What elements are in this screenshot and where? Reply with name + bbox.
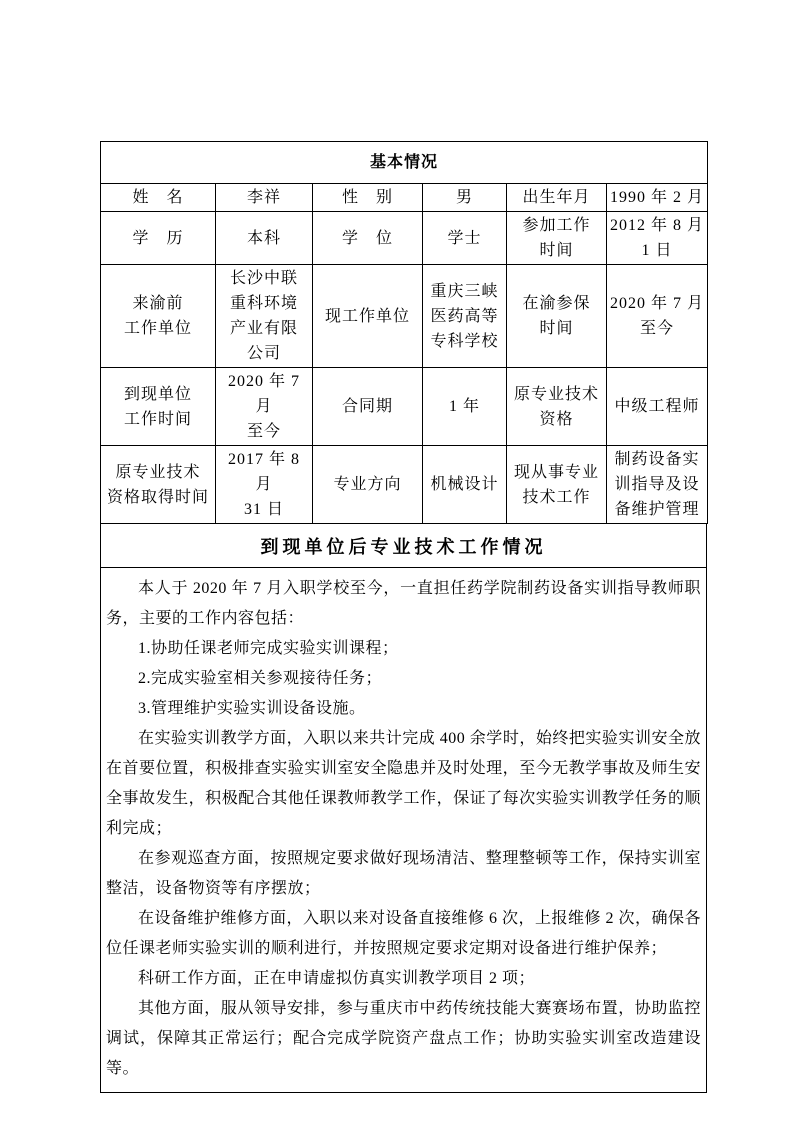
name-label: 姓 名	[101, 184, 216, 212]
table-row: 来渝前 工作单位 长沙中联 重科环境 产业有限 公司 现工作单位 重庆三峡 医药…	[101, 265, 708, 368]
current-technical-work-label: 现从事专业 技术工作	[507, 446, 607, 524]
previous-employer-value: 长沙中联 重科环境 产业有限 公司	[216, 265, 313, 368]
work-start-time-label: 参加工作 时间	[507, 212, 607, 265]
degree-value: 学士	[423, 212, 507, 265]
title-obtain-time-label: 原专业技术 资格取得时间	[101, 446, 216, 524]
table-row: 姓 名 李祥 性 别 男 出生年月 1990 年 2 月	[101, 184, 708, 212]
contract-period-label: 合同期	[313, 368, 423, 446]
insurance-time-value: 2020 年 7 月 至今	[607, 265, 708, 368]
specialty-value: 机械设计	[423, 446, 507, 524]
table-row: 原专业技术 资格取得时间 2017 年 8 月 31 日 专业方向 机械设计 现…	[101, 446, 708, 524]
birthdate-label: 出生年月	[507, 184, 607, 212]
current-employer-value: 重庆三峡 医药高等 专科学校	[423, 265, 507, 368]
work-section-title: 到现单位后专业技术工作情况	[100, 524, 707, 568]
list-item-3: 3.管理维护实验实训设备设施。	[106, 694, 701, 724]
current-employer-label: 现工作单位	[313, 265, 423, 368]
basic-info-title: 基本情况	[101, 142, 708, 184]
table-row: 基本情况	[101, 142, 708, 184]
specialty-label: 专业方向	[313, 446, 423, 524]
paragraph-intro: 本人于 2020 年 7 月入职学校至今，一直担任药学院制药设备实训指导教师职务…	[106, 574, 701, 634]
name-value: 李祥	[216, 184, 313, 212]
paragraph-inspection: 在参观巡查方面，按照规定要求做好现场清洁、整理整顿等工作，保持实训室整洁，设备物…	[106, 844, 701, 904]
title-obtain-time-value: 2017 年 8 月 31 日	[216, 446, 313, 524]
basic-info-table: 基本情况 姓 名 李祥 性 别 男 出生年月 1990 年 2 月 学 历 本科…	[100, 141, 708, 524]
current-unit-start-label: 到现单位 工作时间	[101, 368, 216, 446]
birthdate-value: 1990 年 2 月	[607, 184, 708, 212]
paragraph-teaching: 在实验实训教学方面，入职以来共计完成 400 余学时，始终把实验实训安全放在首要…	[106, 724, 701, 844]
paragraph-other: 其他方面，服从领导安排，参与重庆市中药传统技能大赛赛场布置，协助监控调试，保障其…	[106, 994, 701, 1084]
paragraph-research: 科研工作方面，正在申请虚拟仿真实训教学项目 2 项；	[106, 964, 701, 994]
personnel-form: 基本情况 姓 名 李祥 性 别 男 出生年月 1990 年 2 月 学 历 本科…	[100, 141, 707, 1093]
list-item-2: 2.完成实验室相关参观接待任务；	[106, 664, 701, 694]
gender-value: 男	[423, 184, 507, 212]
document-page: 基本情况 姓 名 李祥 性 别 男 出生年月 1990 年 2 月 学 历 本科…	[0, 0, 793, 1122]
insurance-time-label: 在渝参保 时间	[507, 265, 607, 368]
education-value: 本科	[216, 212, 313, 265]
contract-period-value: 1 年	[423, 368, 507, 446]
previous-title-value: 中级工程师	[607, 368, 708, 446]
work-section-body: 本人于 2020 年 7 月入职学校至今，一直担任药学院制药设备实训指导教师职务…	[100, 568, 707, 1093]
gender-label: 性 别	[313, 184, 423, 212]
table-row: 到现单位 工作时间 2020 年 7 月 至今 合同期 1 年 原专业技术 资格…	[101, 368, 708, 446]
current-unit-start-value: 2020 年 7 月 至今	[216, 368, 313, 446]
previous-title-label: 原专业技术 资格	[507, 368, 607, 446]
education-label: 学 历	[101, 212, 216, 265]
degree-label: 学 位	[313, 212, 423, 265]
current-technical-work-value: 制药设备实 训指导及设 备维护管理	[607, 446, 708, 524]
previous-employer-label: 来渝前 工作单位	[101, 265, 216, 368]
list-item-1: 1.协助任课老师完成实验实训课程；	[106, 634, 701, 664]
paragraph-maintenance: 在设备维护维修方面，入职以来对设备直接维修 6 次，上报维修 2 次，确保各位任…	[106, 904, 701, 964]
work-start-time-value: 2012 年 8 月 1 日	[607, 212, 708, 265]
table-row: 学 历 本科 学 位 学士 参加工作 时间 2012 年 8 月 1 日	[101, 212, 708, 265]
